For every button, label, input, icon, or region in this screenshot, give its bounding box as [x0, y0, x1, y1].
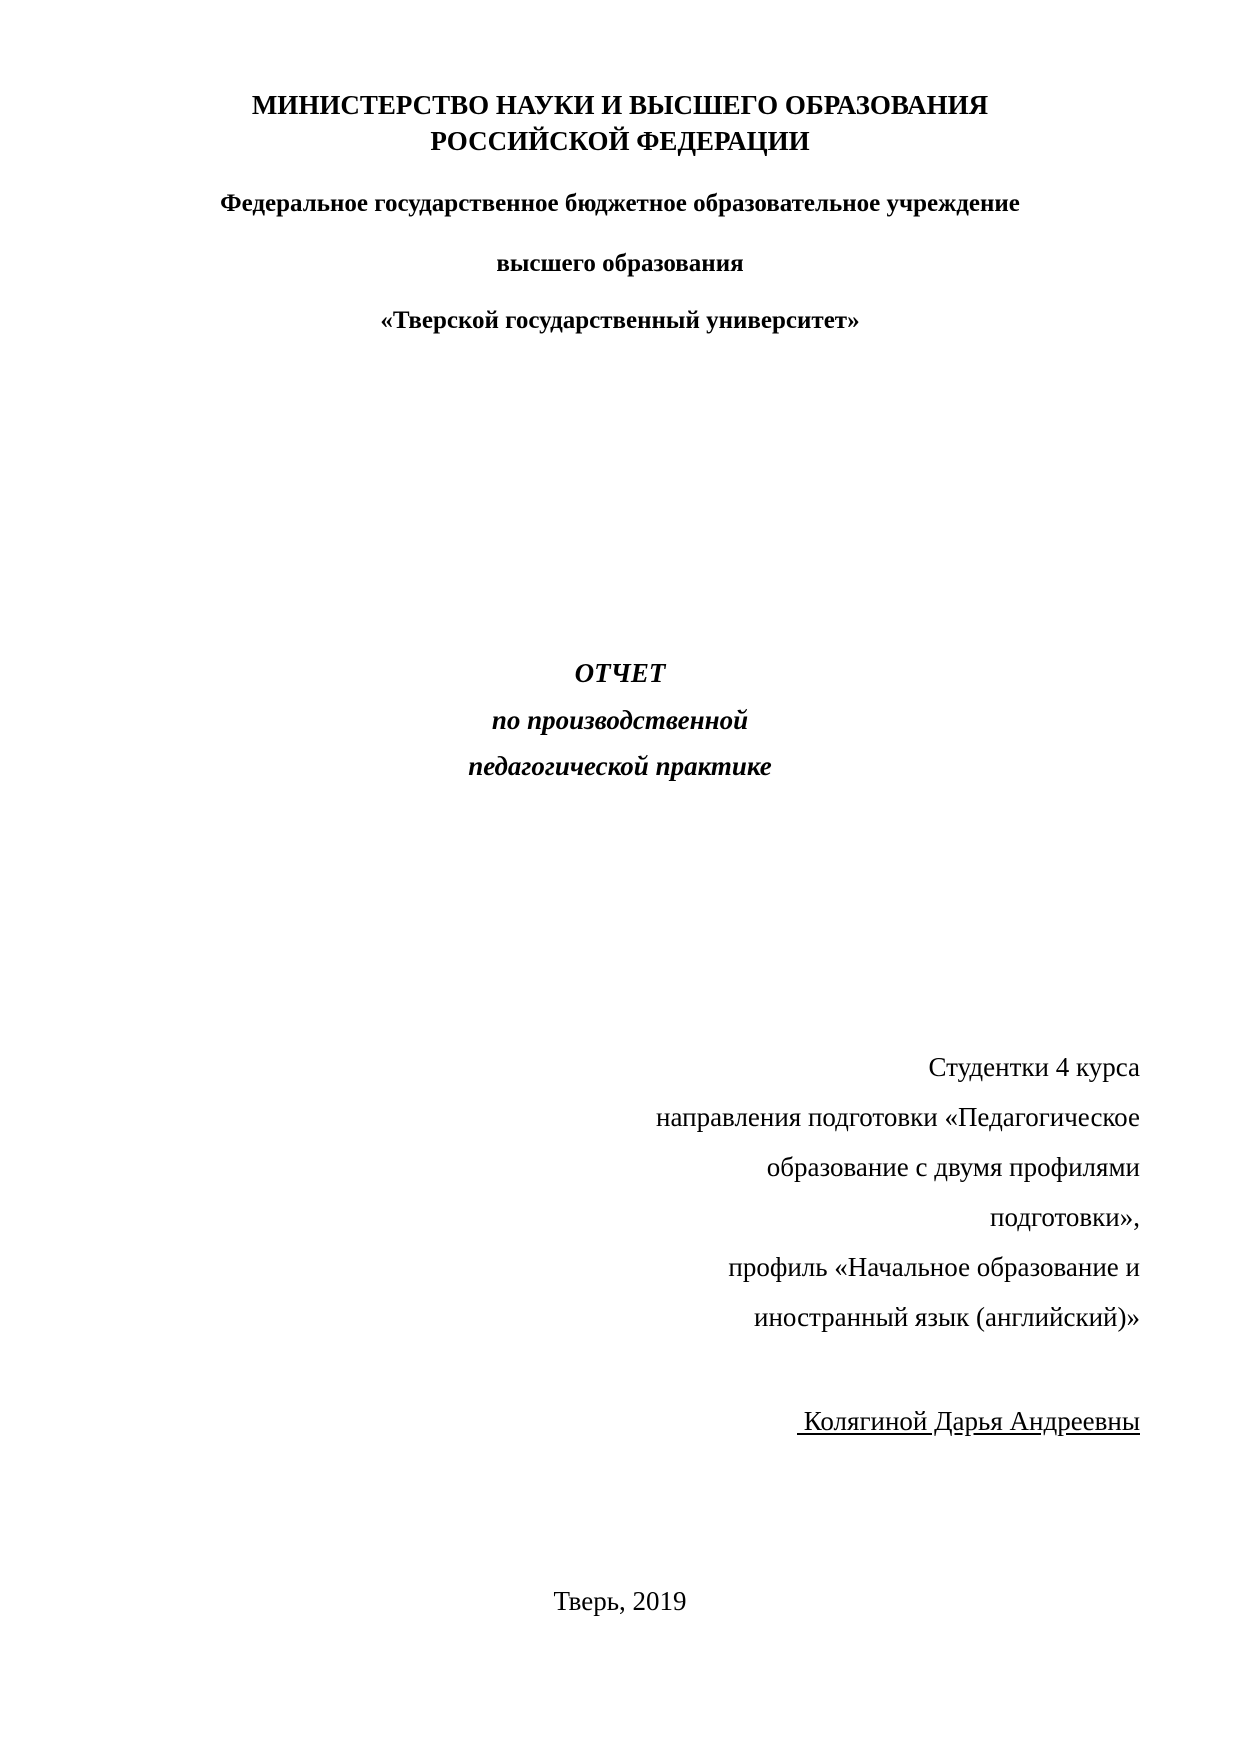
- city-year: Тверь, 2019: [0, 1586, 1240, 1617]
- author-line: иностранный язык (английский)»: [0, 1302, 1140, 1333]
- author-line: образование с двумя профилями: [0, 1152, 1140, 1183]
- author-line: подготовки»,: [0, 1202, 1140, 1233]
- report-subtitle-1: по производственной: [0, 705, 1240, 736]
- institution-line-2: высшего образования: [0, 250, 1240, 278]
- author-line: профиль «Начальное образование и: [0, 1252, 1140, 1283]
- report-title: ОТЧЕТ: [0, 658, 1240, 689]
- author-name-wrap: Колягиной Дарья Андреевны: [0, 1406, 1140, 1437]
- ministry-line-1: МИНИСТЕРСТВО НАУКИ И ВЫСШЕГО ОБРАЗОВАНИЯ: [0, 90, 1240, 121]
- author-line: Студентки 4 курса: [0, 1052, 1140, 1083]
- author-line: направления подготовки «Педагогическое: [0, 1102, 1140, 1133]
- university-name: «Тверской государственный университет»: [0, 307, 1240, 335]
- ministry-line-2: РОССИЙСКОЙ ФЕДЕРАЦИИ: [0, 126, 1240, 157]
- report-subtitle-2: педагогической практике: [0, 751, 1240, 782]
- author-name: Колягиной Дарья Андреевны: [797, 1406, 1140, 1436]
- institution-line-1: Федеральное государственное бюджетное об…: [0, 190, 1240, 218]
